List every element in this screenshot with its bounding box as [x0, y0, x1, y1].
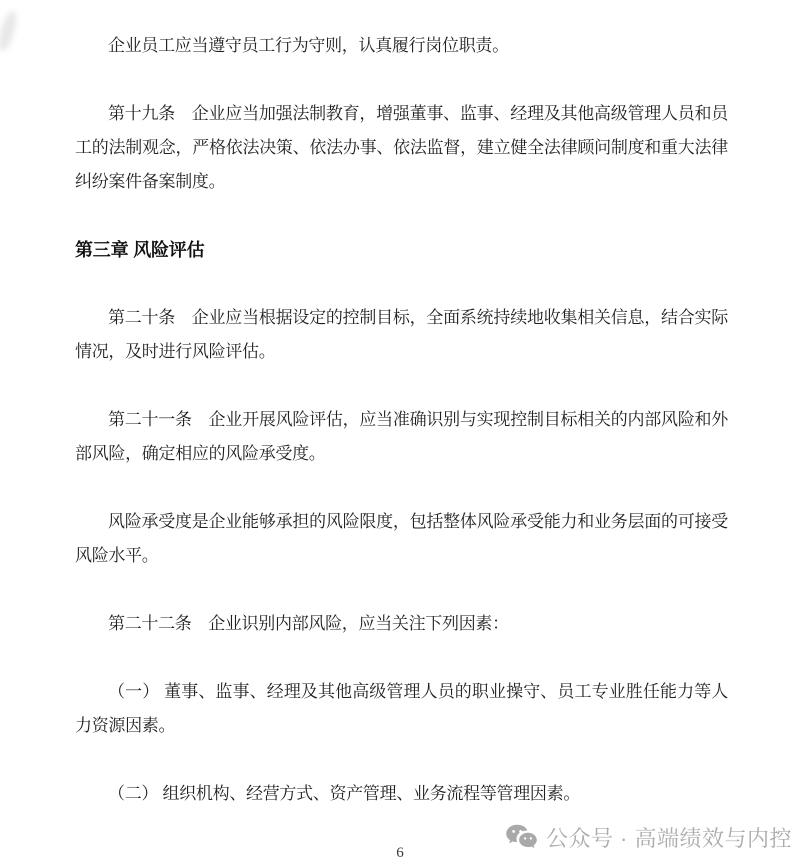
scan-smudge-artifact: [0, 9, 20, 53]
chapter-heading: 第三章 风险评估: [75, 233, 728, 267]
paragraph: 第二十条 企业应当根据设定的控制目标，全面系统持续地收集相关信息，结合实际情况，…: [75, 301, 728, 369]
paragraph: 企业员工应当遵守员工行为守则，认真履行岗位职责。: [75, 29, 728, 63]
document-page: 企业员工应当遵守员工行为守则，认真履行岗位职责。 第十九条 企业应当加强法制教育…: [75, 29, 728, 845]
page-number: 6: [0, 845, 800, 862]
paragraph: （二） 组织机构、经营方式、资产管理、业务流程等管理因素。: [75, 777, 728, 811]
paragraph: 第二十二条 企业识别内部风险，应当关注下列因素：: [75, 607, 728, 641]
paragraph: 第二十一条 企业开展风险评估，应当准确识别与实现控制目标相关的内部风险和外部风险…: [75, 403, 728, 471]
paragraph: 风险承受度是企业能够承担的风险限度，包括整体风险承受能力和业务层面的可接受风险水…: [75, 505, 728, 573]
paragraph: 第十九条 企业应当加强法制教育，增强董事、监事、经理及其他高级管理人员和员工的法…: [75, 97, 728, 199]
paragraph: （一） 董事、监事、经理及其他高级管理人员的职业操守、员工专业胜任能力等人力资源…: [75, 675, 728, 743]
